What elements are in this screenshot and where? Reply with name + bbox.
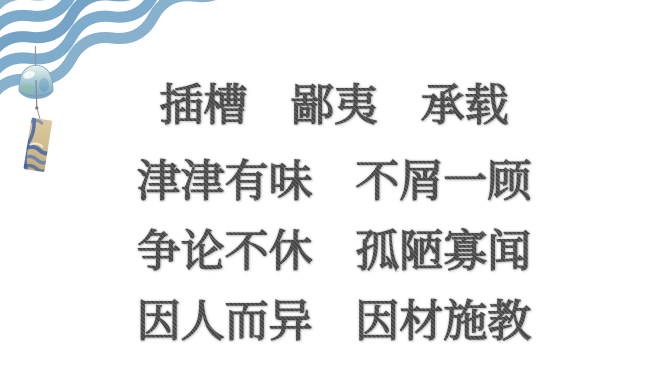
slide-canvas: 插槽 鄙夷 承载 津津有味 不屑一顾 争论不休 孤陋寡闻 因人而异 因材施教 <box>0 0 668 376</box>
vocab-line-4: 因人而异 因材施教 <box>0 294 668 350</box>
vocabulary-list: 插槽 鄙夷 承载 津津有味 不屑一顾 争论不休 孤陋寡闻 因人而异 因材施教 <box>0 0 668 376</box>
vocab-line-1: 插槽 鄙夷 承载 <box>0 78 668 134</box>
vocab-line-2: 津津有味 不屑一顾 <box>0 154 668 210</box>
vocab-line-3: 争论不休 孤陋寡闻 <box>0 224 668 280</box>
